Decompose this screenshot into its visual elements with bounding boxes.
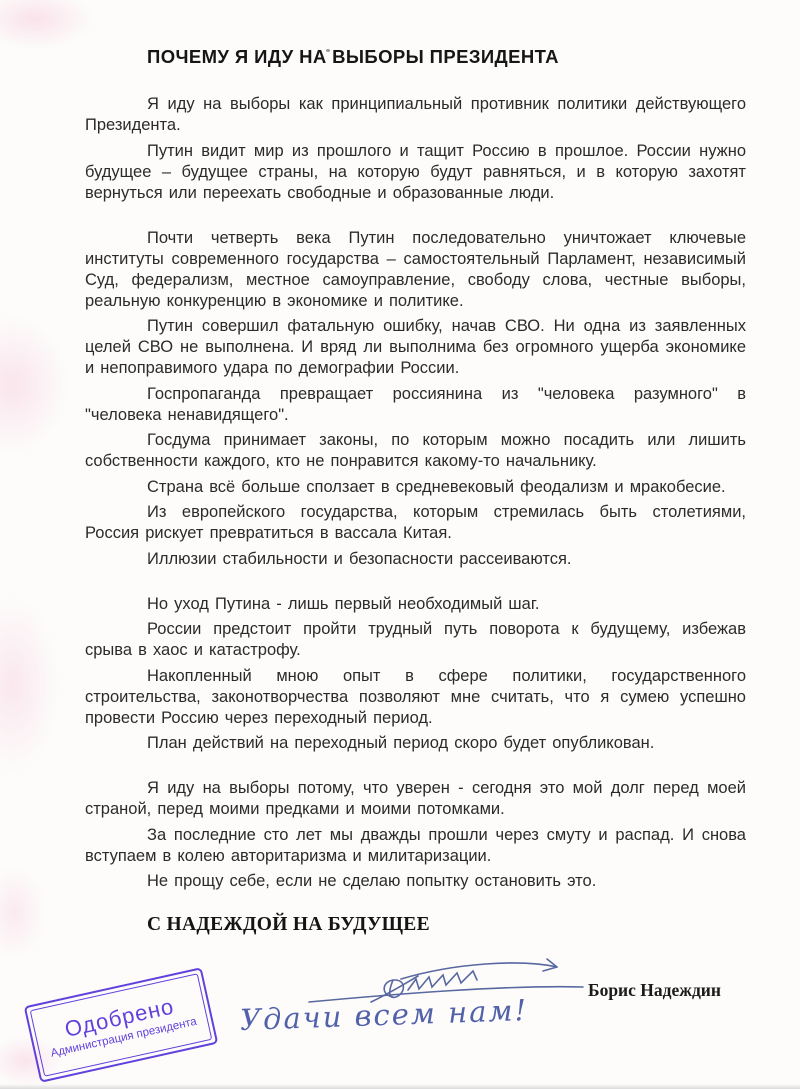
paragraph: Но уход Путина - лишь первый необходимый…: [85, 594, 746, 615]
paragraph: Страна всё больше сползает в средневеков…: [85, 477, 746, 498]
document-title: ПОЧЕМУ Я ИДУ НА ВЫБОРЫ ПРЕЗИДЕНТА: [147, 46, 746, 68]
paragraph: Госдума принимает законы, по которым мож…: [85, 430, 746, 472]
scan-smudge: [0, 865, 47, 960]
handwritten-note: Удачи всем нам!: [239, 993, 528, 1037]
paragraph: Иллюзии стабильности и безопасности расс…: [85, 549, 746, 570]
document-body: ПОЧЕМУ Я ИДУ НА ВЫБОРЫ ПРЕЗИДЕНТА Я иду …: [85, 46, 746, 936]
paragraph: Путин видит мир из прошлого и тащит Росс…: [85, 141, 746, 204]
approval-stamp-frame: Одобрено Администрация президента: [30, 973, 213, 1077]
paragraph: России предстоит пройти трудный путь пов…: [85, 619, 746, 661]
scanned-document-page: ПОЧЕМУ Я ИДУ НА ВЫБОРЫ ПРЕЗИДЕНТА Я иду …: [0, 0, 800, 1089]
paragraph: Я иду на выборы как принципиальный проти…: [85, 94, 746, 136]
paragraph: Почти четверть века Путин последовательн…: [85, 228, 746, 312]
paragraph: Я иду на выборы потому, что уверен - сег…: [85, 778, 746, 820]
paragraph: Не прощу себе, если не сделаю попытку ос…: [85, 871, 746, 892]
closing-slogan: С НАДЕЖДОЙ НА БУДУЩЕЕ: [147, 914, 746, 936]
paragraph: За последние сто лет мы дважды прошли че…: [85, 825, 746, 867]
signer-name: Борис Надеждин: [588, 980, 721, 1001]
paragraph: Из европейского государства, которым стр…: [85, 502, 746, 544]
scan-smudge: [0, 595, 60, 775]
scan-smudge: [0, 315, 70, 455]
paragraph: Накопленный мною опыт в сфере политики, …: [85, 666, 746, 729]
paragraph: Путин совершил фатальную ошибку, начав С…: [85, 316, 746, 379]
scan-smudge: [0, 0, 95, 50]
approval-stamp: Одобрено Администрация президента: [24, 967, 219, 1083]
paragraph: Госпропаганда превращает россиянина из "…: [85, 384, 746, 426]
paragraph: План действий на переходный период скоро…: [85, 733, 746, 754]
